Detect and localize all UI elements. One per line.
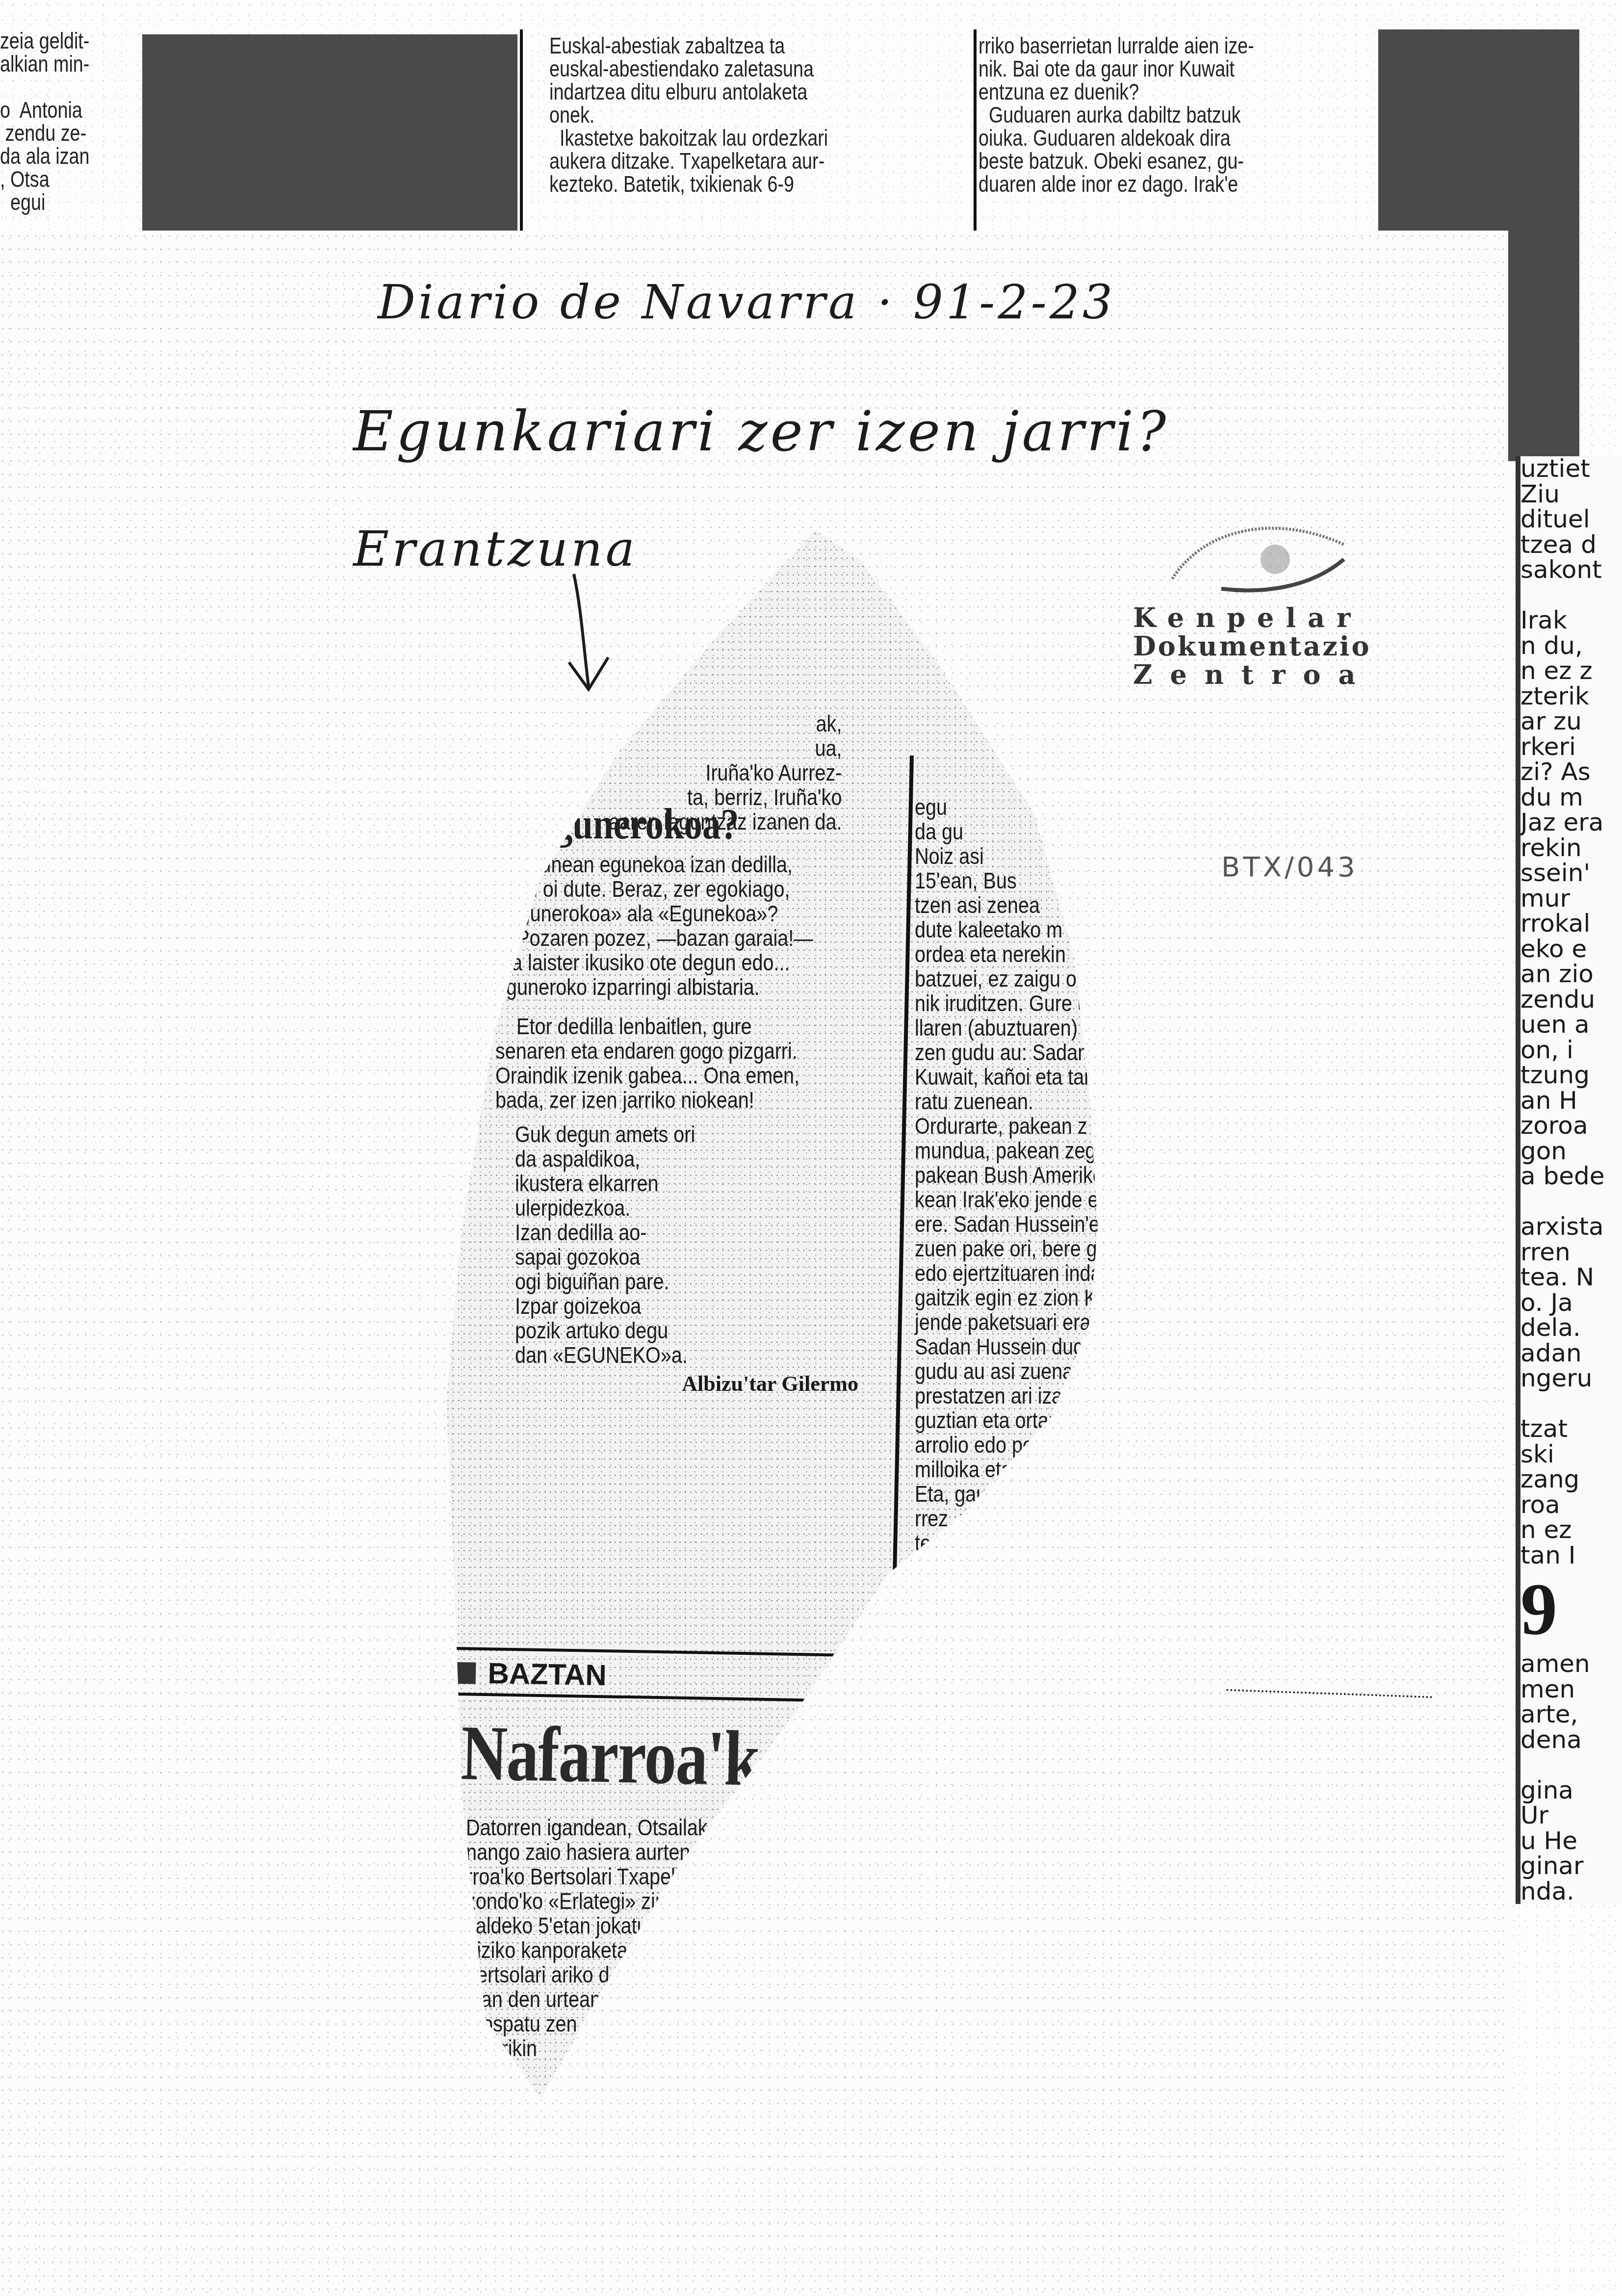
edge-line: rrokal bbox=[1520, 911, 1622, 937]
bg-column-rule bbox=[520, 29, 523, 235]
edge-line: mur bbox=[1520, 886, 1622, 912]
stamp-logo-icon bbox=[1133, 505, 1388, 603]
edge-line: uztiet bbox=[1520, 456, 1622, 482]
edge-line: ssein' bbox=[1520, 861, 1622, 886]
edge-line: roa bbox=[1520, 1492, 1622, 1518]
edge-line: u He bbox=[1520, 1828, 1622, 1854]
source-note: Diario de Navarra · 91-2-23 bbox=[378, 275, 1115, 330]
edge-line: zendu bbox=[1520, 987, 1622, 1013]
poem-line: ulerpidezkoa. bbox=[515, 1196, 726, 1220]
edge-line: Ur bbox=[1520, 1803, 1622, 1828]
tape-edge bbox=[1226, 1689, 1432, 1703]
edge-line: rekin bbox=[1520, 835, 1622, 861]
edge-line: rkeri bbox=[1520, 734, 1622, 760]
poem-line: Izan dedilla ao- bbox=[515, 1220, 726, 1245]
edge-line: ski bbox=[1520, 1442, 1622, 1467]
right-edge-newspaper: uztietZiuditueltzea dsakont Irakn du,n e… bbox=[1516, 456, 1622, 1904]
arrow-down-icon bbox=[554, 569, 623, 697]
question-note: Egunkariari zer izen jarri? bbox=[353, 400, 1169, 464]
article-paragraph: Etor dedilla lenbaitlen, gure senaren et… bbox=[495, 1014, 824, 1112]
edge-line: adan bbox=[1520, 1341, 1622, 1366]
edge-line bbox=[1520, 1189, 1622, 1215]
edge-line: tea. N bbox=[1520, 1265, 1622, 1290]
edge-line: men bbox=[1520, 1677, 1622, 1702]
poem-line: sapai gozokoa bbox=[515, 1245, 726, 1269]
edge-line: zi? As bbox=[1520, 759, 1622, 785]
bg-column-right: rriko baserrietan lurralde aien ize- nik… bbox=[978, 34, 1254, 196]
article-byline: Albizu'tar Gilermo bbox=[495, 1371, 858, 1396]
edge-line: sakont bbox=[1520, 557, 1622, 583]
edge-big-digit: 9 bbox=[1520, 1568, 1622, 1651]
section-square-icon bbox=[456, 1662, 476, 1684]
edge-line: zoroa bbox=[1520, 1113, 1622, 1139]
section-label: BAZTAN bbox=[488, 1657, 607, 1692]
edge-line: nda. bbox=[1520, 1879, 1622, 1905]
edge-line bbox=[1520, 583, 1622, 608]
edge-line: arte, bbox=[1520, 1702, 1622, 1727]
stamp-line-2: Dokumentazio bbox=[1133, 632, 1388, 660]
edge-line: an zio bbox=[1520, 962, 1622, 987]
edge-line: a bede bbox=[1520, 1164, 1622, 1189]
poem-line: dan «EGUNEKO»a. bbox=[515, 1343, 726, 1367]
edge-line: zterik bbox=[1520, 684, 1622, 709]
edge-line: on, i bbox=[1520, 1038, 1622, 1063]
edge-line: dela. bbox=[1520, 1315, 1622, 1341]
poem-line: ikustera elkarren bbox=[515, 1171, 726, 1196]
archive-code: BTX/043 bbox=[1221, 851, 1358, 883]
edge-line: ngeru bbox=[1520, 1366, 1622, 1391]
edge-line: arxista bbox=[1520, 1214, 1622, 1240]
bg-photo-left bbox=[142, 34, 517, 231]
bg-column-middle: Euskal-abestiak zabaltzea ta euskal-abes… bbox=[549, 34, 828, 196]
edge-line: Ziu bbox=[1520, 482, 1622, 507]
edge-line: amen bbox=[1520, 1651, 1622, 1677]
poem-line: pozik artuko degu bbox=[515, 1318, 726, 1343]
edge-line: du m bbox=[1520, 785, 1622, 810]
edge-line: rren bbox=[1520, 1240, 1622, 1265]
edge-line: n ez z bbox=[1520, 658, 1622, 684]
poem-line: Guk degun amets ori bbox=[515, 1122, 726, 1147]
edge-line: Irak bbox=[1520, 608, 1622, 633]
stamp-line-1: Kenpelar bbox=[1133, 603, 1388, 632]
article-paragraph: Pozaren pozez, —bazan garaia!— eta laist… bbox=[495, 926, 824, 999]
edge-line: n ez bbox=[1520, 1517, 1622, 1543]
edge-line: o. Ja bbox=[1520, 1290, 1622, 1316]
edge-line: dituel bbox=[1520, 507, 1622, 532]
bg-column-rule bbox=[974, 29, 977, 235]
edge-line: tzea d bbox=[1520, 532, 1622, 558]
archive-stamp: Kenpelar Dokumentazio Zentroa bbox=[1133, 505, 1388, 689]
edge-line: eko e bbox=[1520, 937, 1622, 962]
edge-line: zang bbox=[1520, 1467, 1622, 1492]
poem-line: da aspaldikoa, bbox=[515, 1147, 726, 1171]
edge-line: ginar bbox=[1520, 1853, 1622, 1879]
poem-line: ogi biguiñan pare. bbox=[515, 1269, 726, 1294]
edge-line: ar zu bbox=[1520, 709, 1622, 734]
edge-line: tzung bbox=[1520, 1063, 1622, 1088]
bg-left-fragment: zeia geldit- alkian min- o Antonia zendu… bbox=[0, 29, 89, 214]
article-poem: Guk degun amets orida aspaldikoa,ikuster… bbox=[515, 1122, 760, 1367]
edge-line: uen a bbox=[1520, 1012, 1622, 1038]
article-egunerokoa: Egunerokoa? Egunean egunekoa izan dedill… bbox=[495, 785, 878, 1396]
edge-line: tan I bbox=[1520, 1543, 1622, 1568]
edge-line: gina bbox=[1520, 1778, 1622, 1803]
edge-line: dena bbox=[1520, 1727, 1622, 1753]
edge-line: tzat bbox=[1520, 1416, 1622, 1442]
stamp-line-3: Zentroa bbox=[1133, 660, 1388, 689]
edge-line: Jaz era bbox=[1520, 810, 1622, 835]
edge-line bbox=[1520, 1752, 1622, 1778]
edge-line: n du, bbox=[1520, 633, 1622, 659]
column-rule bbox=[892, 756, 914, 1590]
background-newspaper: zeia geldit- alkian min- o Antonia zendu… bbox=[0, 29, 1622, 235]
edge-line bbox=[1520, 1391, 1622, 1417]
edge-line: gon bbox=[1520, 1139, 1622, 1164]
poem-line: Izpar goizekoa bbox=[515, 1294, 726, 1318]
edge-line: an H bbox=[1520, 1088, 1622, 1114]
